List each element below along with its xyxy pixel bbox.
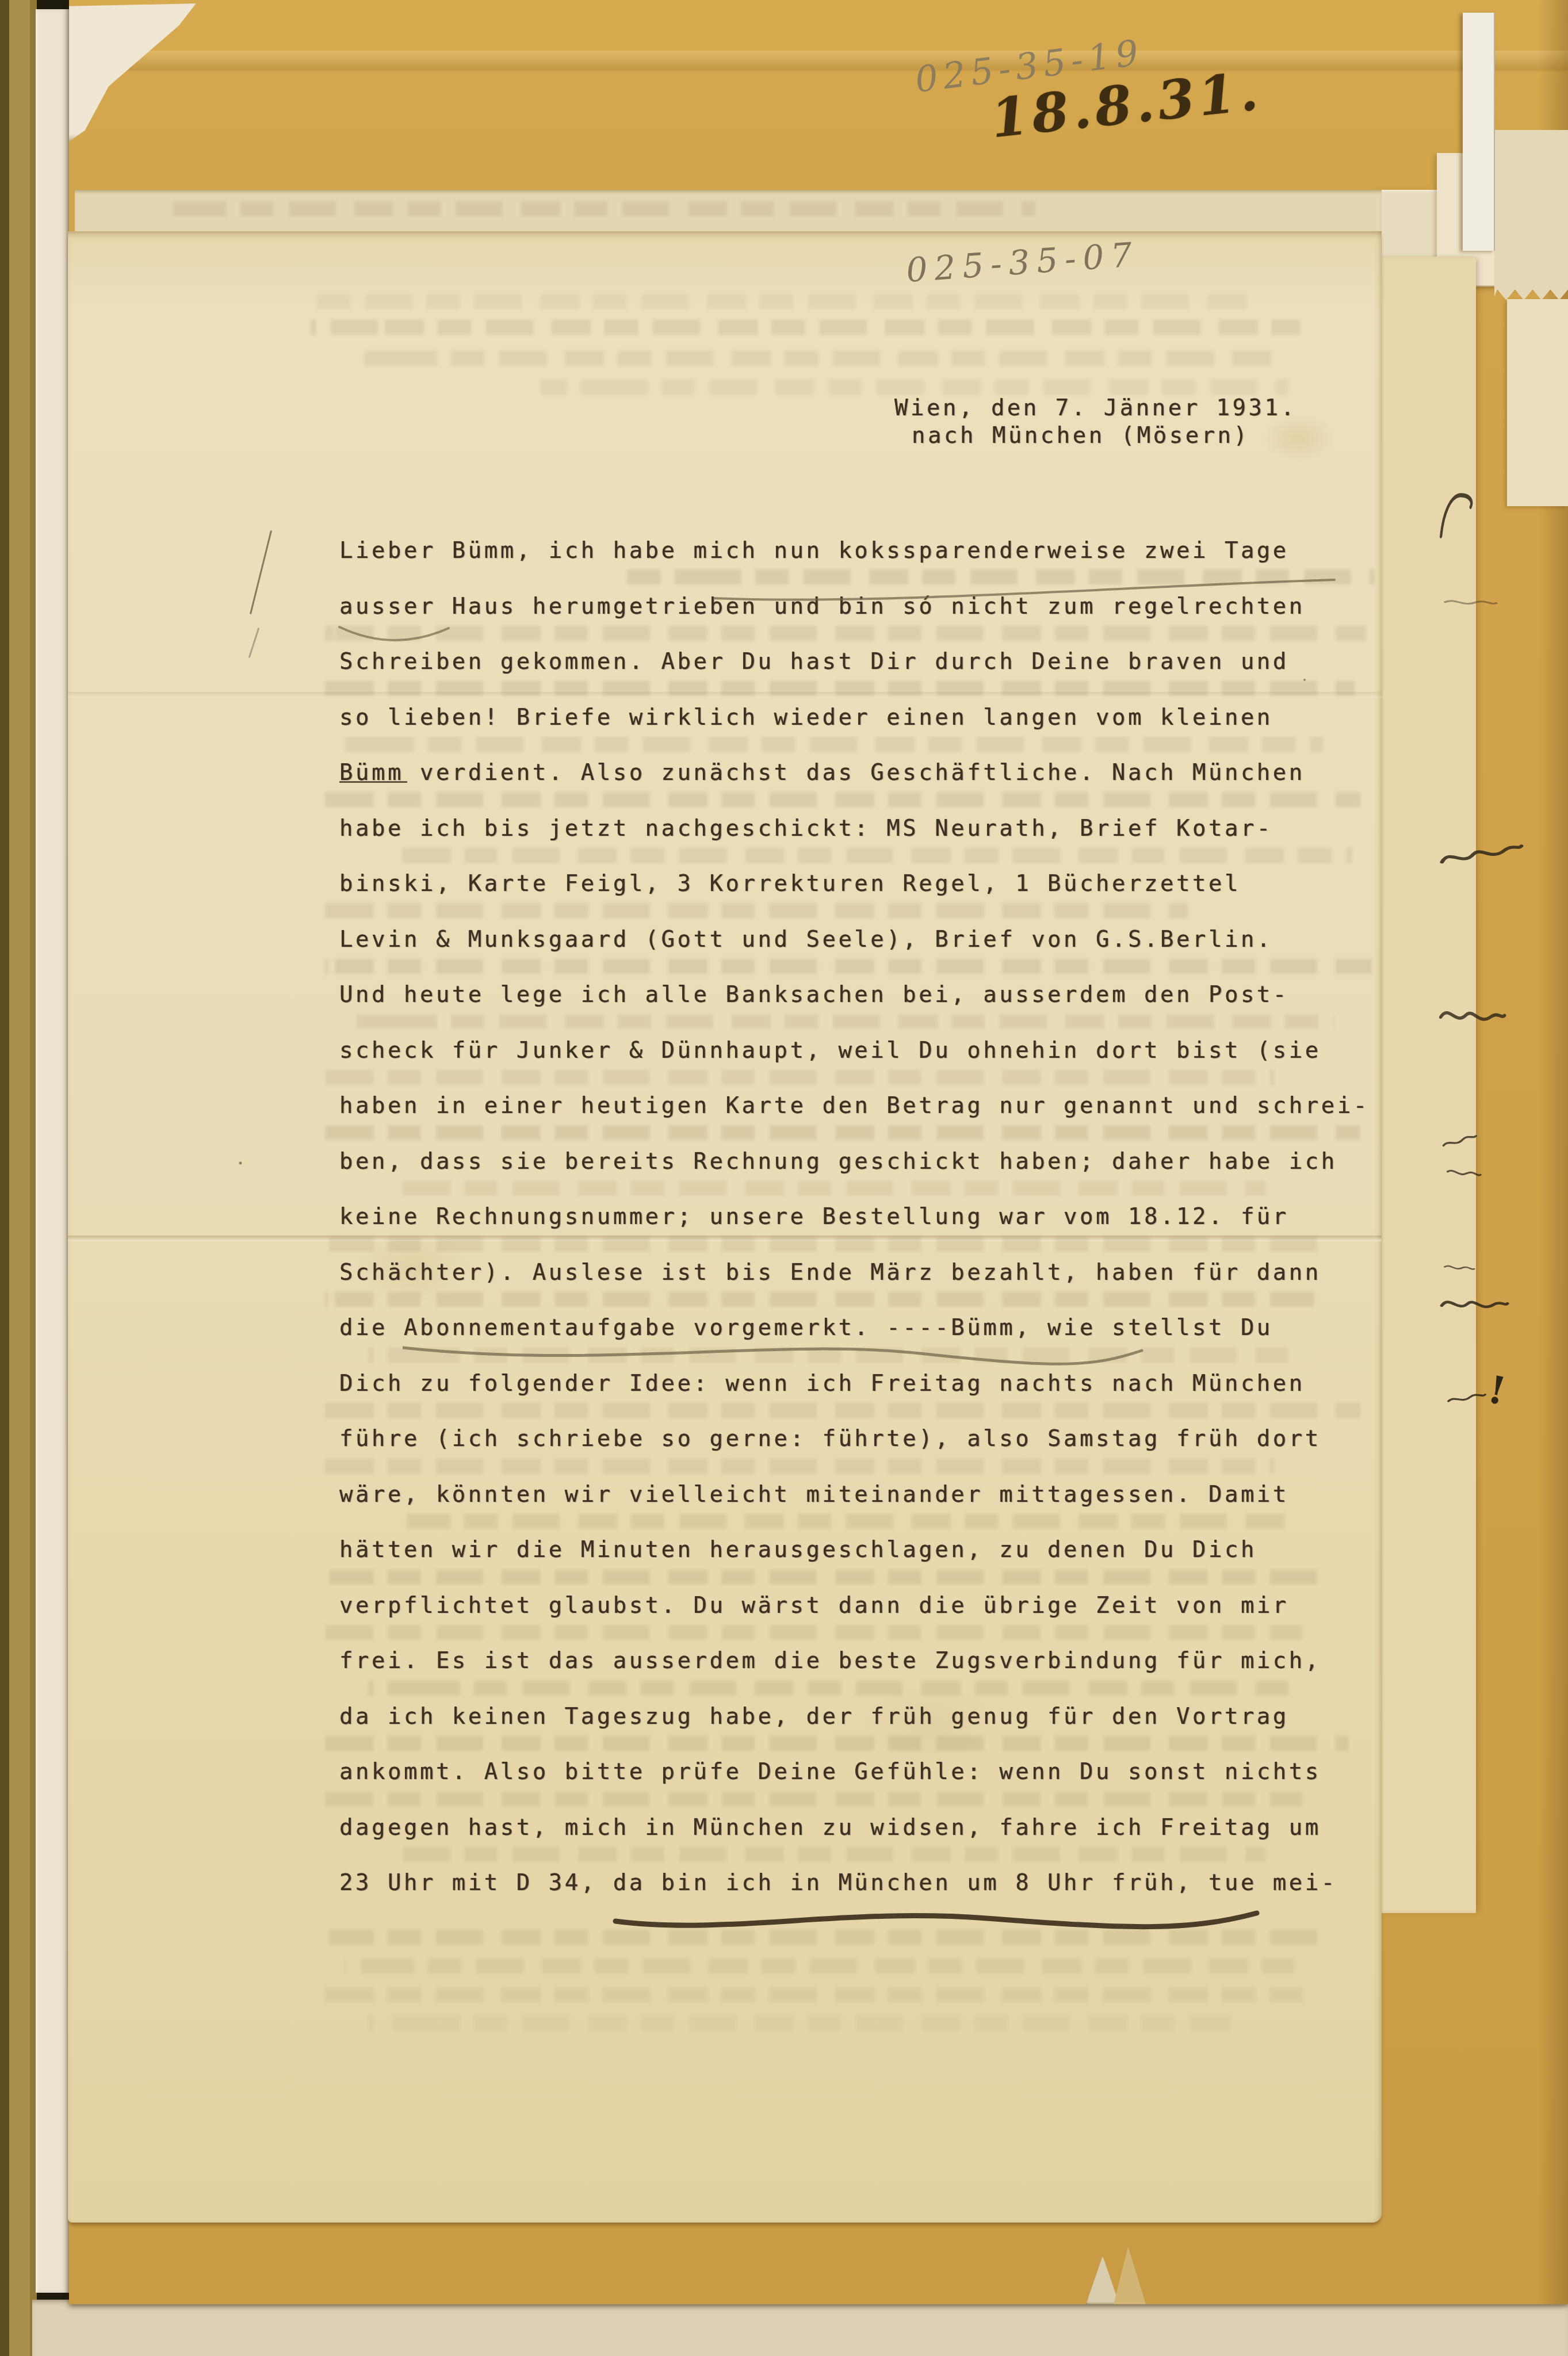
typed-line: Schreiben gekommen. Aber Du hast Dir dur…: [339, 651, 1289, 673]
typed-line: da ich keinen Tageszug habe, der früh ge…: [339, 1705, 1289, 1728]
folder-spine-edge: [0, 0, 37, 2356]
bookmark-slip: [1463, 13, 1495, 251]
letter-dateline: Wien, den 7. Jänner 1931.: [894, 397, 1297, 419]
typed-line: so lieben! Briefe wirklich wieder einen …: [339, 706, 1273, 729]
fold-crease: [68, 1236, 1382, 1241]
typed-line: Und heute lege ich alle Banksachen bei, …: [339, 984, 1289, 1006]
typed-line: habe ich bis jetzt nachgeschickt: MS Neu…: [339, 817, 1273, 840]
typed-line: scheck für Junker & Dünnhaupt, weil Du o…: [339, 1039, 1321, 1062]
typed-underline: [339, 781, 407, 783]
typed-line: Levin & Munksgaard (Gott und Seele), Bri…: [339, 928, 1273, 951]
typed-line: frei. Es ist das ausserdem die beste Zug…: [339, 1650, 1321, 1672]
typed-line: führe (ich schriebe so gerne: führte), a…: [339, 1428, 1321, 1450]
handwriting-mark: [1436, 488, 1497, 550]
pencil-arc: [336, 621, 452, 647]
pencil-margin-stroke: [250, 530, 272, 614]
typed-line: wäre, könnten wir vielleicht miteinander…: [339, 1483, 1289, 1506]
typed-line: hätten wir die Minuten herausgeschlagen,…: [339, 1539, 1257, 1561]
typed-line: 23 Uhr mit D 34, da bin ich in München u…: [339, 1872, 1337, 1894]
typed-line: binski, Karte Feigl, 3 Korrekturen Regel…: [339, 873, 1241, 895]
letter-destination: nach München (Mösern): [912, 424, 1250, 447]
paper-tab-right: [1507, 299, 1568, 506]
handwriting-mark: [1436, 999, 1508, 1047]
paper-sheet-bottom: [32, 2300, 1568, 2356]
typed-line: Schächter). Auslese ist bis Ende März be…: [339, 1261, 1321, 1284]
typed-line: Bümm verdient. Also zunächst das Geschäf…: [339, 762, 1305, 784]
typed-line: Dich zu folgender Idee: wenn ich Freitag…: [339, 1372, 1305, 1395]
undersheet-top-edge: [75, 190, 1382, 237]
typed-line: keine Rechnungsnummer; unsere Bestellung…: [339, 1206, 1289, 1228]
typed-line: ben, dass sie bereits Rechnung geschickt…: [339, 1150, 1337, 1173]
typed-line: ankommt. Also bitte prüfe Deine Gefühle:…: [339, 1761, 1321, 1783]
paper-deckle-edge: [1494, 130, 1568, 307]
paper-stack-edge-left: [36, 9, 70, 2293]
fold-crease: [68, 692, 1382, 698]
archive-photo: 025-35-19 18.8.31. ! 025-35-07 Wien, den…: [0, 0, 1568, 2356]
typed-line: die Abonnementaufgabe vorgemerkt. ----Bü…: [339, 1317, 1273, 1339]
page-number-pencil: 025-35-07: [905, 235, 1140, 290]
typed-line: haben in einer heutigen Karte den Betrag…: [339, 1095, 1370, 1117]
pencil-margin-stroke: [248, 628, 260, 658]
typed-line: ausser Haus herumgetrieben und bin só ni…: [339, 595, 1305, 618]
typed-line: dagegen hast, mich in München zu widsen,…: [339, 1816, 1321, 1839]
letter-page: 025-35-07 Wien, den 7. Jänner 1931. nach…: [68, 231, 1382, 2223]
ink-underline-heavy: [613, 1904, 1263, 1936]
typed-line: verpflichtet glaubst. Du wärst dann die …: [339, 1594, 1289, 1617]
typed-line: Lieber Bümm, ich habe mich nun koksspare…: [339, 540, 1289, 562]
handwriting-mark: [1438, 1291, 1510, 1329]
